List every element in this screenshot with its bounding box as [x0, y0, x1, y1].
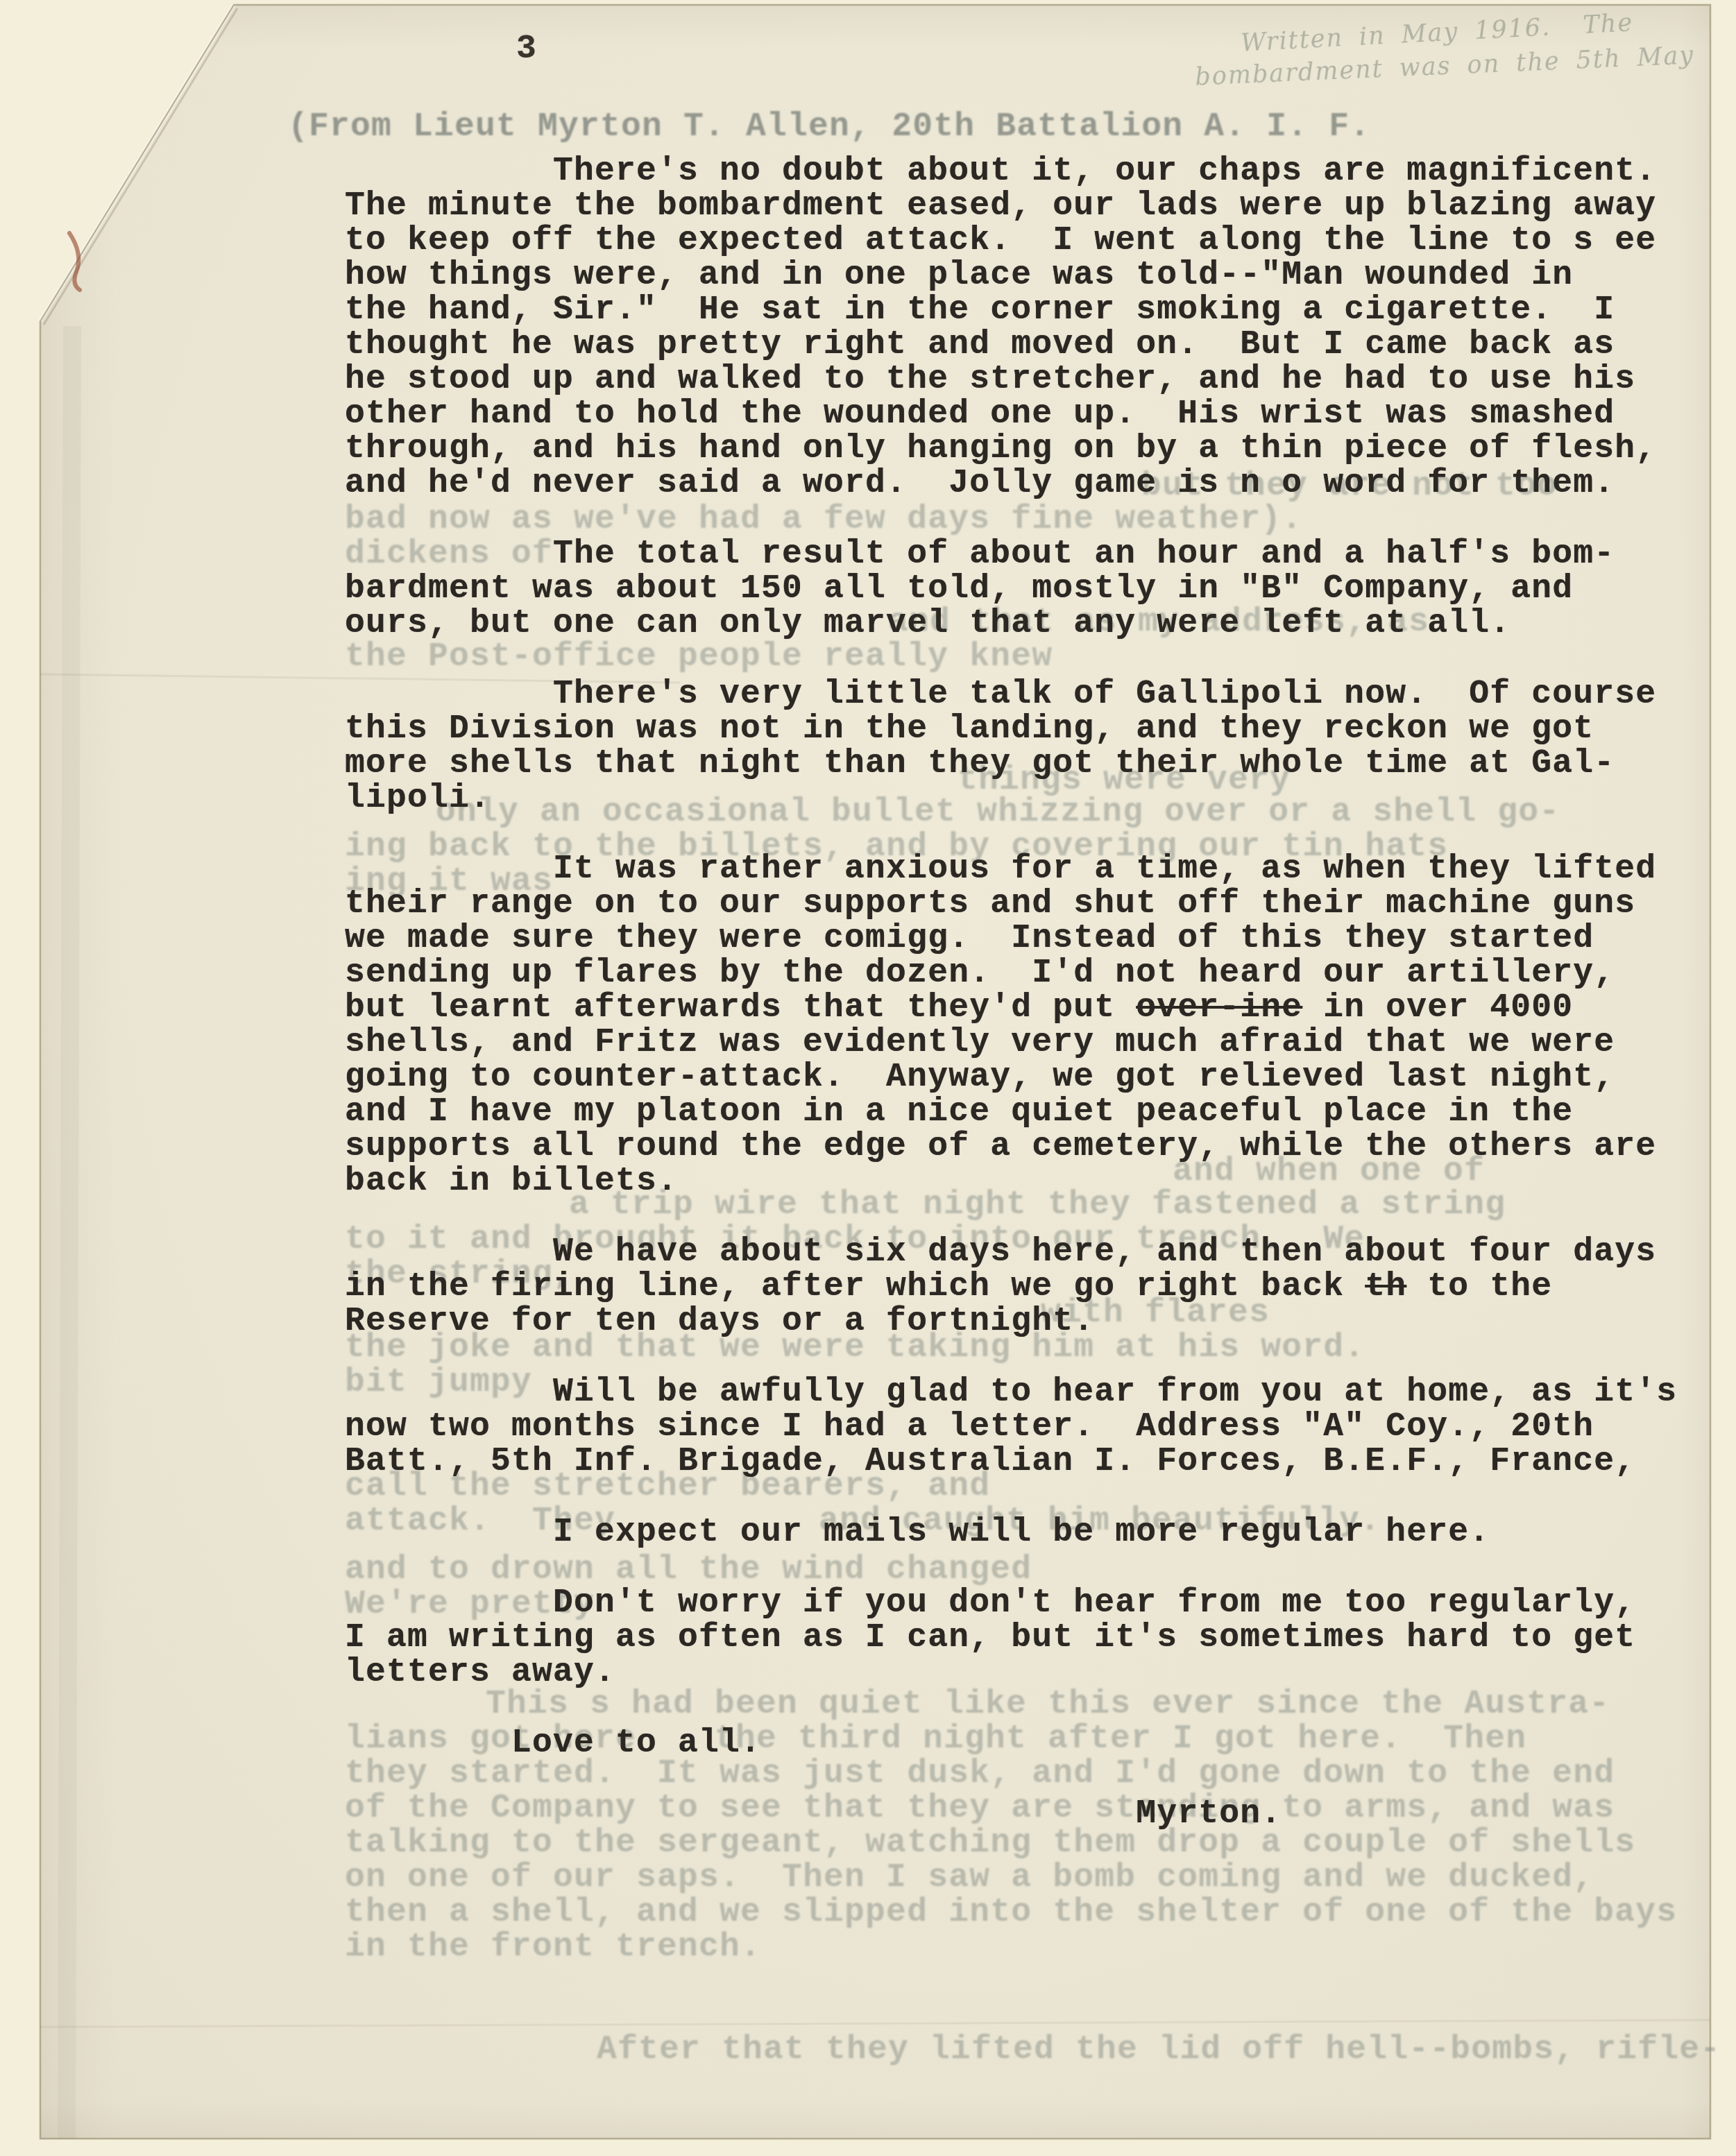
- signoff-love-to-all: Love to all.: [345, 1726, 1726, 1761]
- paragraph-1: There's no doubt about it, our chaps are…: [345, 154, 1726, 501]
- letter-line: letters away.: [345, 1655, 1726, 1690]
- letter-line: the hand, Sir." He sat in the corner smo…: [345, 293, 1726, 327]
- letter-body: There's no doubt about it, our chaps are…: [345, 154, 1726, 1867]
- bleedthrough-line: then a shell, and we slipped into the sh…: [345, 1895, 1677, 1930]
- paragraph-4: It was rather anxious for a time, as whe…: [345, 852, 1726, 1199]
- letter-line: Batt., 5th Inf. Brigade, Australian I. F…: [345, 1444, 1726, 1479]
- letter-line: their range on to our supports and shut …: [345, 887, 1726, 921]
- paragraph-8: Don't worry if you don't hear from me to…: [345, 1586, 1726, 1690]
- letter-line: supports all round the edge of a cemeter…: [345, 1129, 1726, 1164]
- letter-line: thought he was pretty right and moved on…: [345, 327, 1726, 362]
- letter-line: Will be awfully glad to hear from you at…: [345, 1375, 1726, 1410]
- letter-line: The minute the bombardment eased, our la…: [345, 189, 1726, 223]
- letter-line: in the firing line, after which we go ri…: [345, 1269, 1726, 1304]
- letter-line: going to counter-attack. Anyway, we got …: [345, 1060, 1726, 1095]
- struck-out-text: th: [1365, 1268, 1406, 1306]
- letter-line: to keep off the expected attack. I went …: [345, 223, 1726, 258]
- letter-line: back in billets.: [345, 1164, 1726, 1199]
- paragraph-3: There's very little talk of Gallipoli no…: [345, 677, 1726, 816]
- letter-line: through, and his hand only hanging on by…: [345, 431, 1726, 466]
- letter-line: I expect our mails will be more regular …: [345, 1515, 1726, 1550]
- letter-line: now two months since I had a letter. Add…: [345, 1410, 1726, 1444]
- paragraph-6: Will be awfully glad to hear from you at…: [345, 1375, 1726, 1479]
- letter-line: we made sure they were comigg. Instead o…: [345, 921, 1726, 956]
- scanned-letter-page: (From Lieut Myrton T. Allen, 20th Battal…: [0, 0, 1736, 2156]
- bleedthrough-line: After that they lifted the lid off hell-…: [597, 2033, 1721, 2067]
- struck-out-text: over-ine: [1136, 989, 1302, 1027]
- letter-line: other hand to hold the wounded one up. H…: [345, 397, 1726, 431]
- letter-line: Love to all.: [345, 1726, 1726, 1761]
- letter-line: shells, and Fritz was evidently very muc…: [345, 1025, 1726, 1060]
- letter-line: The total result of about an hour and a …: [345, 537, 1726, 572]
- letter-line: how things were, and in one place was to…: [345, 258, 1726, 293]
- signature-myrton: Myrton.: [345, 1797, 1726, 1831]
- letter-line: more shells that night than they got the…: [345, 746, 1726, 781]
- letter-line: sending up flares by the dozen. I'd not …: [345, 956, 1726, 991]
- bleedthrough-line: in the front trench.: [345, 1930, 761, 1965]
- letter-line: It was rather anxious for a time, as whe…: [345, 852, 1726, 887]
- letter-line: I am writing as often as I can, but it's…: [345, 1620, 1726, 1655]
- letter-line: but learnt afterwards that they'd put ov…: [345, 991, 1726, 1025]
- letter-line: We have about six days here, and then ab…: [345, 1235, 1726, 1269]
- letter-line: There's no doubt about it, our chaps are…: [345, 154, 1726, 189]
- letter-line: bardment was about 150 all told, mostly …: [345, 572, 1726, 606]
- letter-line: Myrton.: [345, 1797, 1726, 1831]
- paragraph-5: We have about six days here, and then ab…: [345, 1235, 1726, 1339]
- letter-line: he stood up and walked to the stretcher,…: [345, 362, 1726, 397]
- bleedthrough-line: (From Lieut Myrton T. Allen, 20th Battal…: [288, 110, 1370, 144]
- page-number: 3: [516, 31, 536, 68]
- letter-line: and I have my platoon in a nice quiet pe…: [345, 1095, 1726, 1129]
- paragraph-2: The total result of about an hour and a …: [345, 537, 1726, 641]
- letter-line: and he'd never said a word. Jolly game i…: [345, 466, 1726, 501]
- letter-line: There's very little talk of Gallipoli no…: [345, 677, 1726, 712]
- paragraph-7: I expect our mails will be more regular …: [345, 1515, 1726, 1550]
- letter-line: ours, but one can only marvel that any w…: [345, 606, 1726, 641]
- letter-line: this Division was not in the landing, an…: [345, 712, 1726, 746]
- letter-line: lipoli.: [345, 781, 1726, 816]
- letter-line: Don't worry if you don't hear from me to…: [345, 1586, 1726, 1620]
- letter-line: Reserve for ten days or a fortnight.: [345, 1304, 1726, 1339]
